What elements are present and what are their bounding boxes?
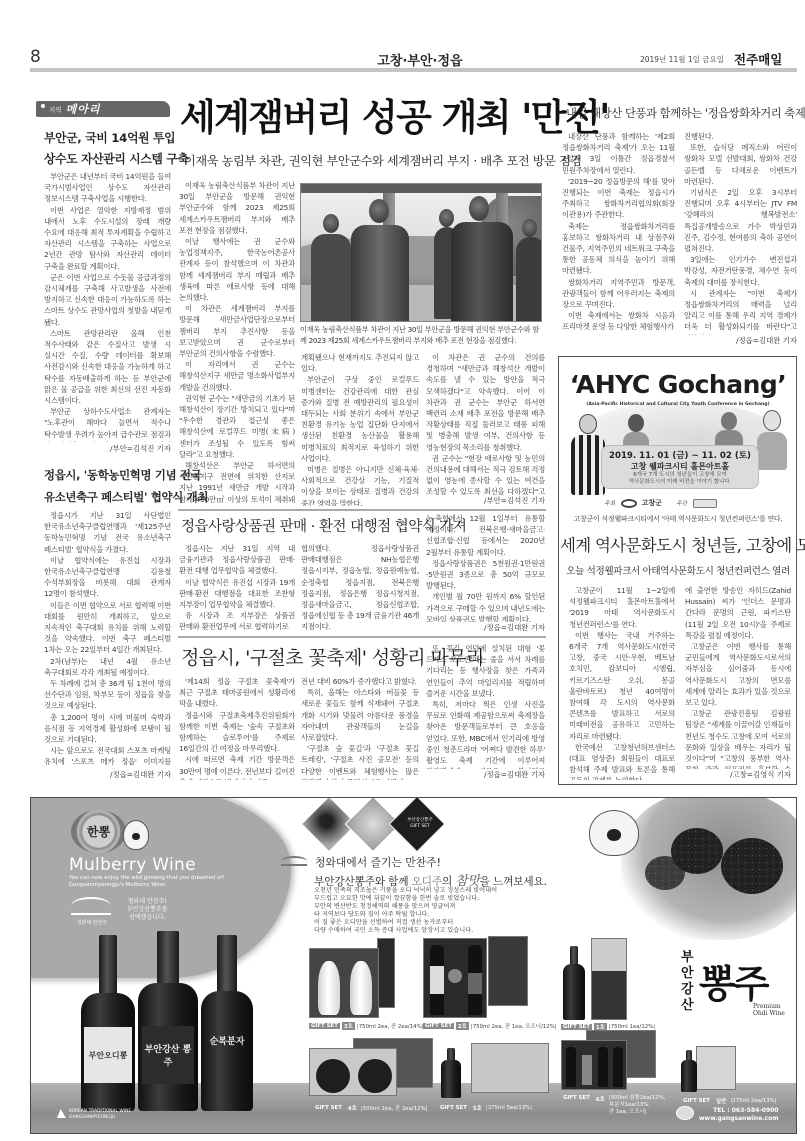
mascot-icon — [589, 810, 639, 856]
jamboree-column-2: 계획됐으나 현재까지도 추진되지 않고 있다.부안군이 구상 중인 로컬푸드 미… — [301, 352, 419, 506]
poster-logos: 주최 고창군 주관 — [605, 498, 765, 508]
wine-bottle — [441, 1048, 461, 1098]
paragraph: 부안군이 구상 중인 로컬푸드 미병센터는 건강관리에 대한 관심 증가와 질병… — [301, 374, 419, 464]
paragraph: 고창군이 11월 1~2일에 석정웰파크시티 홀몬아트홀에서 '2019 아태 … — [569, 585, 675, 630]
gochang-subheadline: 오늘 석정웰파크서 아태역사문화도시 청년컨퍼런스 열려 — [560, 563, 796, 577]
mascot-icon — [123, 820, 149, 850]
giftset-2-image — [423, 938, 487, 1018]
byline: /정읍=김대완 기자 — [480, 769, 545, 780]
paragraph: 총 1,200여 명이 시에 머물며 숙박과 음식점 등 지역경제 활성화에 보… — [44, 712, 171, 746]
text-line: 청와대 만찬주! — [127, 898, 168, 906]
paragraph: 이번 행사는 국내 거주하는 6개국 7개 역사문화도시(한국 고창, 중국 시… — [569, 630, 675, 742]
paragraph: 이날 행사에는 권 군수와 농업정책지주, 한국농어촌공사 관계자 등이 참석했… — [179, 236, 295, 303]
paragraphs: 농·축협에서 12월 1일부터 유통할 예정이다. 전북은행·새마을금고·신협조… — [426, 513, 545, 622]
ssanghwacha-column-2: 진행된다.또한, 습식당 메직소와 어린이 쌍화차 모델 선발대회, 쌍화차 건… — [684, 131, 797, 346]
paragraph: 이날 협약식에는 유진섭 시장과 한국유소년축구클럽연맹 김용철 수석부회장을 … — [44, 555, 171, 600]
paragraphs: 전년 대비 60%가 증가했다고 밝혔다.특히, 올해는 아스타와 버들꽃 등 … — [301, 676, 419, 780]
wine-bottle — [563, 946, 585, 1020]
paragraph: 내장산 단풍과 함께하는 '제2회 정읍쌍화차거리 축제'가 오는 11월 2일… — [562, 131, 675, 176]
gochang-photo-caption: 고창군이 석정웰파크시티에서 '아태 역사문화도시 청년컨퍼런스'를 연다. — [560, 514, 796, 524]
paragraph: 이번 사업은 열악한 지방재정 범위 내에서 노후 수도시설의 장래 개량 수요… — [44, 205, 171, 272]
company-logo-icon — [676, 1106, 694, 1120]
premium-label: Premium Ohdi Wine — [753, 1003, 785, 1017]
paragraph: 두 차례에 걸쳐 총 36개 팀 1천여 명의 선수단과 임원, 학부모 등이 … — [44, 678, 171, 712]
ad-title: Mulberry Wine — [69, 855, 196, 875]
jamboree-photo — [300, 183, 542, 322]
giftset-diamond-label: 부안강산뽕주 GIFT SET — [394, 818, 446, 830]
header-rule — [30, 68, 797, 72]
paragraph: 이 차관은 세계잼버리 부지를 방문해 새만금사업단장으로부터 잼버리 부지 추… — [179, 303, 295, 359]
paragraphs: 또, 꽃길 언덕에 설치된 대형 '꽃 드레스 포토존'에는 줄을 서서 차례를… — [426, 643, 545, 769]
issue-date: 2019년 11월 1일 금요일 — [612, 54, 724, 65]
wine-bottle — [681, 1050, 697, 1092]
gujeolcho-column-1: '제14회 정읍 구절초 꽃축제'가 최근 구절초 테마공원에서 성황리에 막을… — [179, 676, 295, 780]
ahyc-poster: ‘AHYC Gochang’ (Asia-Pacific Historical … — [565, 362, 791, 512]
paragraph: 쌍화차거리 지역주민과 방문객, 관광객들이 함께 어우러지는 축제의 장으로 … — [562, 277, 675, 311]
paragraph: '2019~20 정읍방문의 해'를 맞아 진행되는 이번 축제는 정읍시가 주… — [562, 176, 675, 221]
paragraphs: '제14회 정읍 구절초 꽃축제'가 최근 구절초 테마공원에서 성황리에 막을… — [179, 676, 295, 780]
maker-name: KOREAN TRADITIONAL WINE GANGSANMYEONGJU — [69, 1109, 131, 1121]
giftset-5-label: GIFT SET5호|375ml 5ea/13%| — [438, 1104, 532, 1112]
ad-headline-1: 청와대에서 즐기는 만찬주! — [315, 855, 441, 870]
paragraph: 또, 꽃길 언덕에 설치된 대형 '꽃 드레스 포토존'에는 줄을 서서 차례를… — [426, 643, 545, 699]
cartoon-person — [571, 414, 605, 512]
gujeolcho-column-3: 또, 꽃길 언덕에 설치된 대형 '꽃 드레스 포토존'에는 줄을 서서 차례를… — [426, 643, 545, 780]
poster-title: ‘AHYC Gochang’ — [565, 370, 791, 399]
ad-body-text: 오천년 민족의 격조높은 기품을 오디 넉넉히 넣고 정성스레 빚어내어 부드럽… — [314, 887, 554, 935]
wine-bottle: 부안오디뽕 — [81, 935, 135, 1111]
paragraphs: 이 차관은 권 군수의 건의를 경청하며 "새만금과 해창석산 개발이 속도를 … — [426, 352, 545, 495]
paragraph: '제14회 정읍 구절초 꽃축제'가 최근 구절초 테마공원에서 성황리에 막을… — [179, 676, 295, 710]
section-title: 고창·부안·정읍 — [360, 50, 480, 69]
paragraph: '구절초 숲 꽃길'과 '구절초 꽃길 트레킹', '구절초 사진 공모전' 등… — [301, 743, 419, 780]
paragraph: 축제는 정읍쌍화차거리를 홍보하고 쌍화차거리 내 상점주와 건물주, 지역주민… — [562, 221, 675, 277]
blue-house-caption: 청와대 만찬주 — [69, 919, 115, 926]
host-name: 고창군 — [642, 498, 662, 508]
phone-number: TEL : 063-584-0900 — [699, 1107, 778, 1115]
person-silhouette — [349, 199, 411, 322]
jamboree-column-3: 이 차관은 권 군수의 건의를 경청하며 "새만금과 해창석산 개발이 속도를 … — [426, 352, 545, 506]
paragraph: 시에 따르면 축제 기간 방문객은 30만여 명에 이른다. 전년보다 길어진 … — [179, 754, 295, 780]
paragraph: 이재욱 농림축산식품부 차관이 지난 30일 부안군을 방문해 권익현 부안군수… — [179, 180, 295, 236]
text-line: 부안강산뽕주를 — [127, 906, 168, 914]
tagline-line1: You can now enjoy the wild ginseng that … — [69, 875, 224, 882]
paragraph: 기념식은 2일 오후 3시부터 진행되며 오후 4시부터는 JTV FM '강혜… — [684, 187, 797, 254]
paragraph: 농·축협에서 12월 1일부터 유통할 예정이다. 전북은행·새마을금고·신협조… — [426, 513, 545, 558]
giftset-box — [377, 938, 395, 1008]
gochang-column-1: 고창군이 11월 1~2일에 석정웰파크시티 홀몬아트홀에서 '2019 아태 … — [569, 585, 675, 780]
text-line: 선택했습니다. — [127, 914, 168, 922]
ad-tagline: You can now enjoy the wild ginseng that … — [69, 875, 224, 889]
ssanghwacha-column-1: 내장산 단풍과 함께하는 '제2회 정읍쌍화차거리 축제'가 오는 11월 2일… — [562, 131, 675, 346]
paragraphs: 계획됐으나 현재까지도 추진되지 않고 있다.부안군이 구상 중인 로컬푸드 미… — [301, 352, 419, 506]
poster-banner: 2019. 11. 01 (금) ~ 11. 02 (토) 고창 웰파크시티 홀… — [601, 445, 759, 489]
bottle-label: 부안강산 뽕주 — [142, 1026, 194, 1084]
paragraphs: 진행된다.또한, 습식당 메직소와 어린이 쌍화차 모델 선발대회, 쌍화차 건… — [684, 131, 797, 335]
contact-info: TEL : 063-584-0900 www.gangsanwine.com — [699, 1107, 778, 1123]
paragraph: 이 자리에서 권 군수는 해창석산지구 새만금 명소화사업부지 개발을 건의했다… — [179, 359, 295, 393]
byline: /정읍=김대완 기자 — [106, 769, 171, 780]
paragraph: 유 시장과 조 지부장은 상품권 판매와 환전업무에 서로 협력하기로 — [179, 610, 295, 632]
mulberry-wine-advertisement: 한뽕 Mulberry Wine You can now enjoy the w… — [30, 797, 797, 1134]
bullet-icon — [41, 104, 45, 108]
paragraph: 시는 앞으로도 전국대회 스포츠 마케팅 유치에 '스포츠 메카 정읍' 이미지… — [44, 745, 171, 768]
paragraph: 협의했다. 정읍사랑상품권 판매대행점은 NH농협은행 정읍시지부, 정읍농협,… — [301, 543, 419, 633]
paragraphs: 협의했다. 정읍사랑상품권 판매대행점은 NH농협은행 정읍시지부, 정읍농협,… — [301, 543, 419, 633]
paragraph: 해창석산은 부안군 하서면의 새만금지구 전면에 위치한 산지로 지난 1991… — [179, 460, 295, 506]
paragraphs: 내장산 단풍과 함께하는 '제2회 정읍쌍화차거리 축제'가 오는 11월 2일… — [562, 131, 675, 346]
voucher-column-1: 정읍시는 지난 31일 지역 내 금융기관과 정읍사랑상품권 판매·환전 대행 … — [179, 543, 295, 633]
poster-desc-line2: 역사문화도시의 미래 비전을 이야기 합니다. — [602, 479, 758, 486]
byline: /부안=김석진 기자 — [480, 495, 545, 506]
paragraph: 권 군수는 "현장 애로사항 및 농민의 건의내용에 대해서는 적극 검토해 걱… — [426, 453, 545, 495]
section-divider — [178, 509, 546, 511]
paragraph: 스마트 관망관리란 올해 인천 적수사태와 같은 수질사고 발생 시 실시간 수… — [44, 328, 171, 406]
wine-bottle: 부안강산 뽕주 — [138, 931, 198, 1111]
bottle-label: 순복분자 — [204, 1025, 250, 1055]
cartoon-person — [755, 410, 789, 470]
paragraph: 한국에선 고창청년허브센터스(대표 염상준) 회원들이 대표로 참석해 주제 발… — [569, 742, 675, 780]
voucher-headline: 정읍사랑상품권 판매 · 환전 대행점 협약식 가져 — [181, 515, 466, 536]
paragraph: 전년 대비 60%가 증가했다고 밝혔다. — [301, 676, 419, 687]
giftset-general-box — [696, 1046, 736, 1090]
wine-bottle: 순복분자 — [201, 935, 253, 1111]
giftset-4-image — [309, 1048, 397, 1096]
paragraph: 시 관계자는 "이번 축제가 정읍쌍화차거리의 매력을 널리 알리고 이를 통해… — [684, 288, 797, 335]
giftset-2-label: GIFT SET2호|750ml 2ea, 잔 1ea, 오프너/12%| — [423, 1022, 557, 1030]
jamboree-headline: 세계잼버리 성공 개최 '만전' — [180, 95, 548, 141]
byline: /정읍=김대완 기자 — [732, 335, 797, 346]
paragraphs: 정읍시가 지난 31일 사단법인 한국유소년축구클럽연맹과 '제125주년 동학… — [44, 510, 171, 768]
gochang-logo-icon — [621, 499, 637, 508]
voucher-column-2: 협의했다. 정읍사랑상품권 판매대행점은 NH농협은행 정읍시지부, 정읍농협,… — [301, 543, 419, 633]
paragraph: 부안군 상하수도사업소 관계자는 "노후관이 해마다 늘면서 적수나 탁수발생 … — [44, 406, 171, 442]
paragraph: 2차(남부)는 내년 4월 유소년 축구대회로 각각 개최될 예정이다. — [44, 656, 171, 678]
ssanghwacha-headline: 내일 내장산 단풍과 함께하는 '정읍쌍화차거리 축제' 열려 — [566, 105, 796, 121]
paragraph: 고창군은 이번 행사를 통해 군민들에게 역사문화도시로서의 자부심을 심어줌과… — [685, 641, 791, 708]
poster-subtitle: (Asia-Pacific Historical and Cultural Ci… — [565, 402, 791, 407]
paragraph: 특히, 올해는 아스타와 버들꽃 등 새로운 꽃들도 함께 식재돼어 구절초 개… — [301, 687, 419, 743]
paragraph: 이번 축제에서는 쌍화차 시음과 프리마켓 운영 등 다양한 체험행사가 — [562, 310, 675, 332]
website: www.gangsanwine.com — [699, 1115, 778, 1123]
football-article-body: 정읍시가 지난 31일 사단법인 한국유소년축구클럽연맹과 '제125주년 동학… — [44, 510, 171, 780]
poster-desc-line1: 6개국 7개 도시의 청년들이 고창에 모여 — [602, 472, 758, 479]
giftset-1-box — [591, 938, 627, 1020]
giftset-3-label: GIFT SET3호|750ml 2ea, 잔 2ea/14%| — [309, 1022, 424, 1030]
column-label-prefix: 지역 — [49, 105, 62, 114]
paragraph: 권익현 군수는 "새만금의 기초가 된 해창석산이 장기간 방치되고 있다"며 … — [179, 393, 295, 460]
paragraph: 군은 이번 사업으로 수돗물 공급과정의 감시체계를 구축해 사고발생을 사전에… — [44, 272, 171, 328]
newspaper-name: 전주매일 — [734, 50, 782, 68]
paragraphs: 이재욱 농림축산식품부 차관이 지난 30일 부안군을 방문해 권익현 부안군수… — [179, 180, 295, 506]
paragraph: 부안군은 내년부터 국비 14억원을 들여 국가시범사업인 상수도 자산관리 정… — [44, 171, 171, 205]
person-silhouette — [516, 219, 542, 322]
giftset-6-label: GIFT SET6호 |500ml 참뽕2ea/12%, 복분자1ea/13%,… — [561, 1095, 665, 1116]
paragraph: 이 차관은 권 군수의 건의를 경청하며 "새만금과 해창석산 개발이 속도를 … — [426, 352, 545, 453]
jamboree-column-1: 이재욱 농림축산식품부 차관이 지난 30일 부안군을 방문해 권익현 부안군수… — [179, 180, 295, 506]
giftset-box — [488, 936, 528, 1006]
person-silhouette — [451, 196, 513, 322]
brand-logo: 한뽕 — [71, 810, 126, 853]
buan-water-headline-line2: 상수도 자산관리 시스템 구축 — [44, 150, 189, 167]
organizer-label: 주관 — [677, 499, 688, 507]
blue-house-text: 청와대 만찬주! 부안강산뽕주를 선택했습니다. — [127, 898, 168, 922]
jamboree-subheadline: 이재욱 농림부 차관, 권익현 부안군수와 세계잼버리 부지 · 배추 포전 방… — [184, 152, 546, 169]
giftset-4-label: GIFT SET4호|500ml 2ea, 잔 2ea/12%| — [313, 1104, 428, 1112]
paragraph: 이들은 이번 협약으로 서로 협력해 이번 대회를 원만히 개최하고, 앞으로 … — [44, 600, 171, 656]
paragraphs: 에 출연한 방송인 자히드(Zahid Hussain) 씨가 '인더스 문명과… — [685, 585, 791, 769]
paragraph: 특히, 저마다 찍은 인생 사진을 무료로 인화해 제공함으로써 축제장을 찾아… — [426, 699, 545, 769]
buan-water-headline-line1: 부안군, 국비 14억원 투입 — [44, 129, 175, 146]
paragraph: 진행된다. — [684, 131, 797, 142]
paragraphs: 부안군은 내년부터 국비 14억원을 들여 국가시범사업인 상수도 자산관리 정… — [44, 171, 171, 442]
column-label-title: 메아리 — [66, 101, 101, 117]
bottle-label: 부안오디뽕 — [84, 1027, 132, 1083]
football-headline-line1: 정읍시, '동학농민혁명 기념 전국 — [44, 467, 201, 483]
gochang-column-2: 에 출연한 방송인 자히드(Zahid Hussain) 씨가 '인더스 문명과… — [685, 585, 791, 780]
column-label-jiyeok-meari: 지역 메아리 — [36, 101, 170, 117]
paragraph: 정읍시가 지난 31일 사단법인 한국유소년축구클럽연맹과 '제125주년 동학… — [44, 510, 171, 555]
poster-venue: 고창 웰파크시티 홀몬아트홀 — [602, 461, 758, 472]
page-number: 8 — [30, 47, 41, 67]
buan-water-article-body: 부안군은 내년부터 국비 14억원을 들여 국가시범사업인 상수도 자산관리 정… — [44, 171, 171, 454]
paragraph: 또한, 습식당 메직소와 어린이 쌍화차 모델 선발대회, 쌍화차 건강 골든벨… — [684, 142, 797, 187]
tagline-line2: Gangsanmyeongju's Mulberry Wine. — [69, 882, 224, 889]
blue-house-icon — [281, 856, 307, 866]
byline: /고창=김영식 기자 — [726, 769, 791, 780]
paragraphs: 고창군이 11월 1~2일에 석정웰파크시티 홀몬아트홀에서 '2019 아태 … — [569, 585, 675, 780]
paragraph: 정읍시는 지난 31일 지역 내 금융기관과 정읍사랑상품권 판매·환전 대행 … — [179, 543, 295, 577]
giftset-6-image — [561, 1040, 627, 1090]
organizer-logo-icon — [693, 499, 717, 508]
paragraph: 에 출연한 방송인 자히드(Zahid Hussain) 씨가 '인더스 문명과… — [685, 585, 791, 641]
calligraphy-buan-gangsan: 부안강산 — [681, 950, 697, 1014]
paragraph: 미병은 질병은 아니지만 신체·육체·사회적으로 건강상 기능, 기질적 이상을… — [301, 464, 419, 506]
giftset-5-image — [471, 1043, 549, 1093]
blue-house-icon — [71, 897, 111, 915]
poster-dates: 2019. 11. 01 (금) ~ 11. 02 (토) — [602, 449, 758, 461]
paragraph: 계획됐으나 현재까지도 추진되지 않고 있다. — [301, 352, 419, 374]
host-label: 주최 — [605, 499, 616, 507]
byline: /정읍=김대완 기자 — [480, 622, 545, 633]
giftset-general-label: GIFT SET일반|375ml 2ea/13%| — [681, 1097, 777, 1105]
paragraphs: 정읍시는 지난 31일 지역 내 금융기관과 정읍사랑상품권 판매·환전 대행 … — [179, 543, 295, 633]
paragraph: 정읍사랑상품권은 5천원권·1만원권·5만원권 3종으로 총 50억 규모로 발… — [426, 558, 545, 592]
paragraph: 3일에는 인기가수 변진섭과 박강성, 자전거탄풍경, 채수연 등이 축제의 대… — [684, 254, 797, 288]
mulberry-icon — [645, 856, 685, 890]
mulberry-icon — [721, 838, 783, 894]
section-divider — [178, 636, 546, 638]
paragraph: 정읍시와 구절초축제추진위원회가 함께한 이번 축제는 '숲속 구절초와 함께하… — [179, 710, 295, 755]
byline: /부안=김석진 기자 — [106, 443, 171, 454]
maker-line2: GANGSANMYEONGJU — [69, 1115, 131, 1121]
voucher-column-3: 농·축협에서 12월 1일부터 유통할 예정이다. 전북은행·새마을금고·신협조… — [426, 513, 545, 633]
paragraph: 개인별 월 70만 원까지 6% 할인된 가격으로 구매할 수 있으며 내년도에… — [426, 591, 545, 622]
calligraphy-ppongju: 뽕주 — [699, 953, 766, 1008]
gochang-headline: 세계 역사문화도시 청년들, 고창에 모인다 — [560, 532, 796, 556]
paragraph: 고창군 관광진흥팀 김광원 팀장은 "세계를 이끌어갈 인재들이 천년도 청수도… — [685, 708, 791, 769]
paragraph: 이날 협약식은 유진섭 시장과 19개 판매·환전 대행점을 대표한 조찬형 지… — [179, 577, 295, 611]
gujeolcho-column-2: 전년 대비 60%가 증가했다고 밝혔다.특히, 올해는 아스타와 버들꽃 등 … — [301, 676, 419, 780]
giftset-3-image — [309, 948, 379, 1018]
jamboree-photo-caption: 이재욱 농림축산식품부 차관이 지난 30일 부안군을 방문해 권익현 부안군수… — [300, 324, 545, 346]
